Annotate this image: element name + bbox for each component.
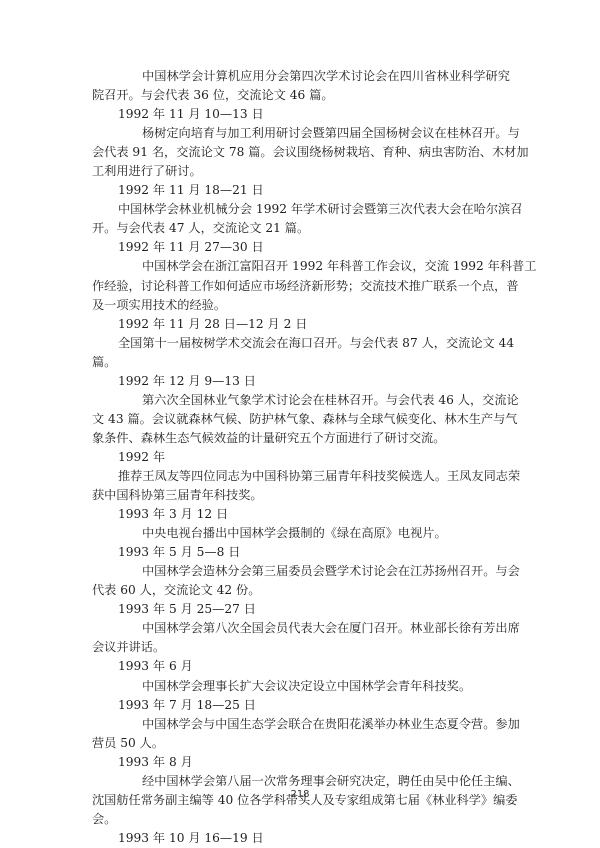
text-line: 篇。	[92, 353, 510, 372]
date-heading: 1993 年 3 月 12 日	[92, 505, 510, 524]
text-line: 中国林学会林业机械分会 1992 年学术研讨会暨第三次代表大会在哈尔滨召	[92, 200, 510, 219]
date-heading: 1992 年 11 月 18—21 日	[92, 181, 510, 200]
date-heading: 1993 年 5 月 25—27 日	[92, 600, 510, 619]
text-line: 中国林学会与中国生态学会联合在贵阳花溪举办林业生态夏令营。参加	[92, 715, 510, 734]
date-heading: 1993 年 5 月 5—8 日	[92, 543, 510, 562]
date-heading: 1992 年 12 月 9—13 日	[92, 372, 510, 391]
document-body: 中国林学会计算机应用分会第四次学术讨论会在四川省林业科学研究 院召开。与会代表 …	[92, 67, 510, 848]
text-line: 会代表 91 名，交流论文 78 篇。会议围绕杨树栽培、育种、病虫害防治、木材加	[92, 143, 510, 162]
text-line: 会。	[92, 810, 510, 829]
text-line: 开。与会代表 47 人，交流论文 21 篇。	[92, 219, 510, 238]
text-line: 象条件、森林生态气候效益的计量研究五个方面进行了研讨交流。	[92, 429, 510, 448]
text-line: 工利用进行了研讨。	[92, 162, 510, 181]
text-line: 院召开。与会代表 36 位，交流论文 46 篇。	[92, 86, 510, 105]
text-line: 获中国科协第三届青年科技奖。	[92, 486, 510, 505]
text-line: 中国林学会在浙江富阳召开 1992 年科普工作会议，交流 1992 年科普工	[92, 257, 510, 276]
page-number: 218	[0, 789, 600, 800]
text-line: 作经验，讨论科普工作如何适应市场经济新形势；交流技术推广联系一个点，普	[92, 277, 510, 296]
date-heading: 1992 年	[92, 448, 510, 467]
text-line: 会议并讲话。	[92, 638, 510, 657]
date-heading: 1992 年 11 月 27—30 日	[92, 238, 510, 257]
date-heading: 1992 年 11 月 28 日—12 月 2 日	[92, 315, 510, 334]
text-line: 代表 60 人，交流论文 42 份。	[92, 581, 510, 600]
text-line: 文 43 篇。会议就森林气候、防护林气象、森林与全球气候变化、林木生产与气	[92, 410, 510, 429]
text-line: 中国林学会计算机应用分会第四次学术讨论会在四川省林业科学研究	[92, 67, 510, 86]
text-line: 及一项实用技术的经验。	[92, 296, 510, 315]
text-line: 第六次全国林业气象学术讨论会在桂林召开。与会代表 46 人，交流论	[92, 391, 510, 410]
text-line: 中国林学会理事长扩大会议决定设立中国林学会青年科技奖。	[92, 677, 510, 696]
date-heading: 1993 年 7 月 18—25 日	[92, 696, 510, 715]
text-line: 经中国林学会第八届一次常务理事会研究决定，聘任由吴中伦任主编、	[92, 772, 510, 791]
text-line: 全国第十一届桉树学术交流会在海口召开。与会代表 87 人，交流论文 44	[92, 334, 510, 353]
text-line: 推荐王凤友等四位同志为中国科协第三届青年科技奖候选人。王凤友同志荣	[92, 467, 510, 486]
text-line: 中国林学会第八次全国会员代表大会在厦门召开。林业部长徐有芳出席	[92, 619, 510, 638]
date-heading: 1993 年 10 月 16—19 日	[92, 829, 510, 848]
date-heading: 1993 年 8 月	[92, 753, 510, 772]
date-heading: 1992 年 11 月 10—13 日	[92, 105, 510, 124]
text-line: 中央电视台播出中国林学会摄制的《绿在高原》电视片。	[92, 524, 510, 543]
date-heading: 1993 年 6 月	[92, 657, 510, 676]
text-line: 中国林学会造林分会第三届委员会暨学术讨论会在江苏扬州召开。与会	[92, 562, 510, 581]
text-line: 营员 50 人。	[92, 734, 510, 753]
text-line: 杨树定向培育与加工利用研讨会暨第四届全国杨树会议在桂林召开。与	[92, 124, 510, 143]
